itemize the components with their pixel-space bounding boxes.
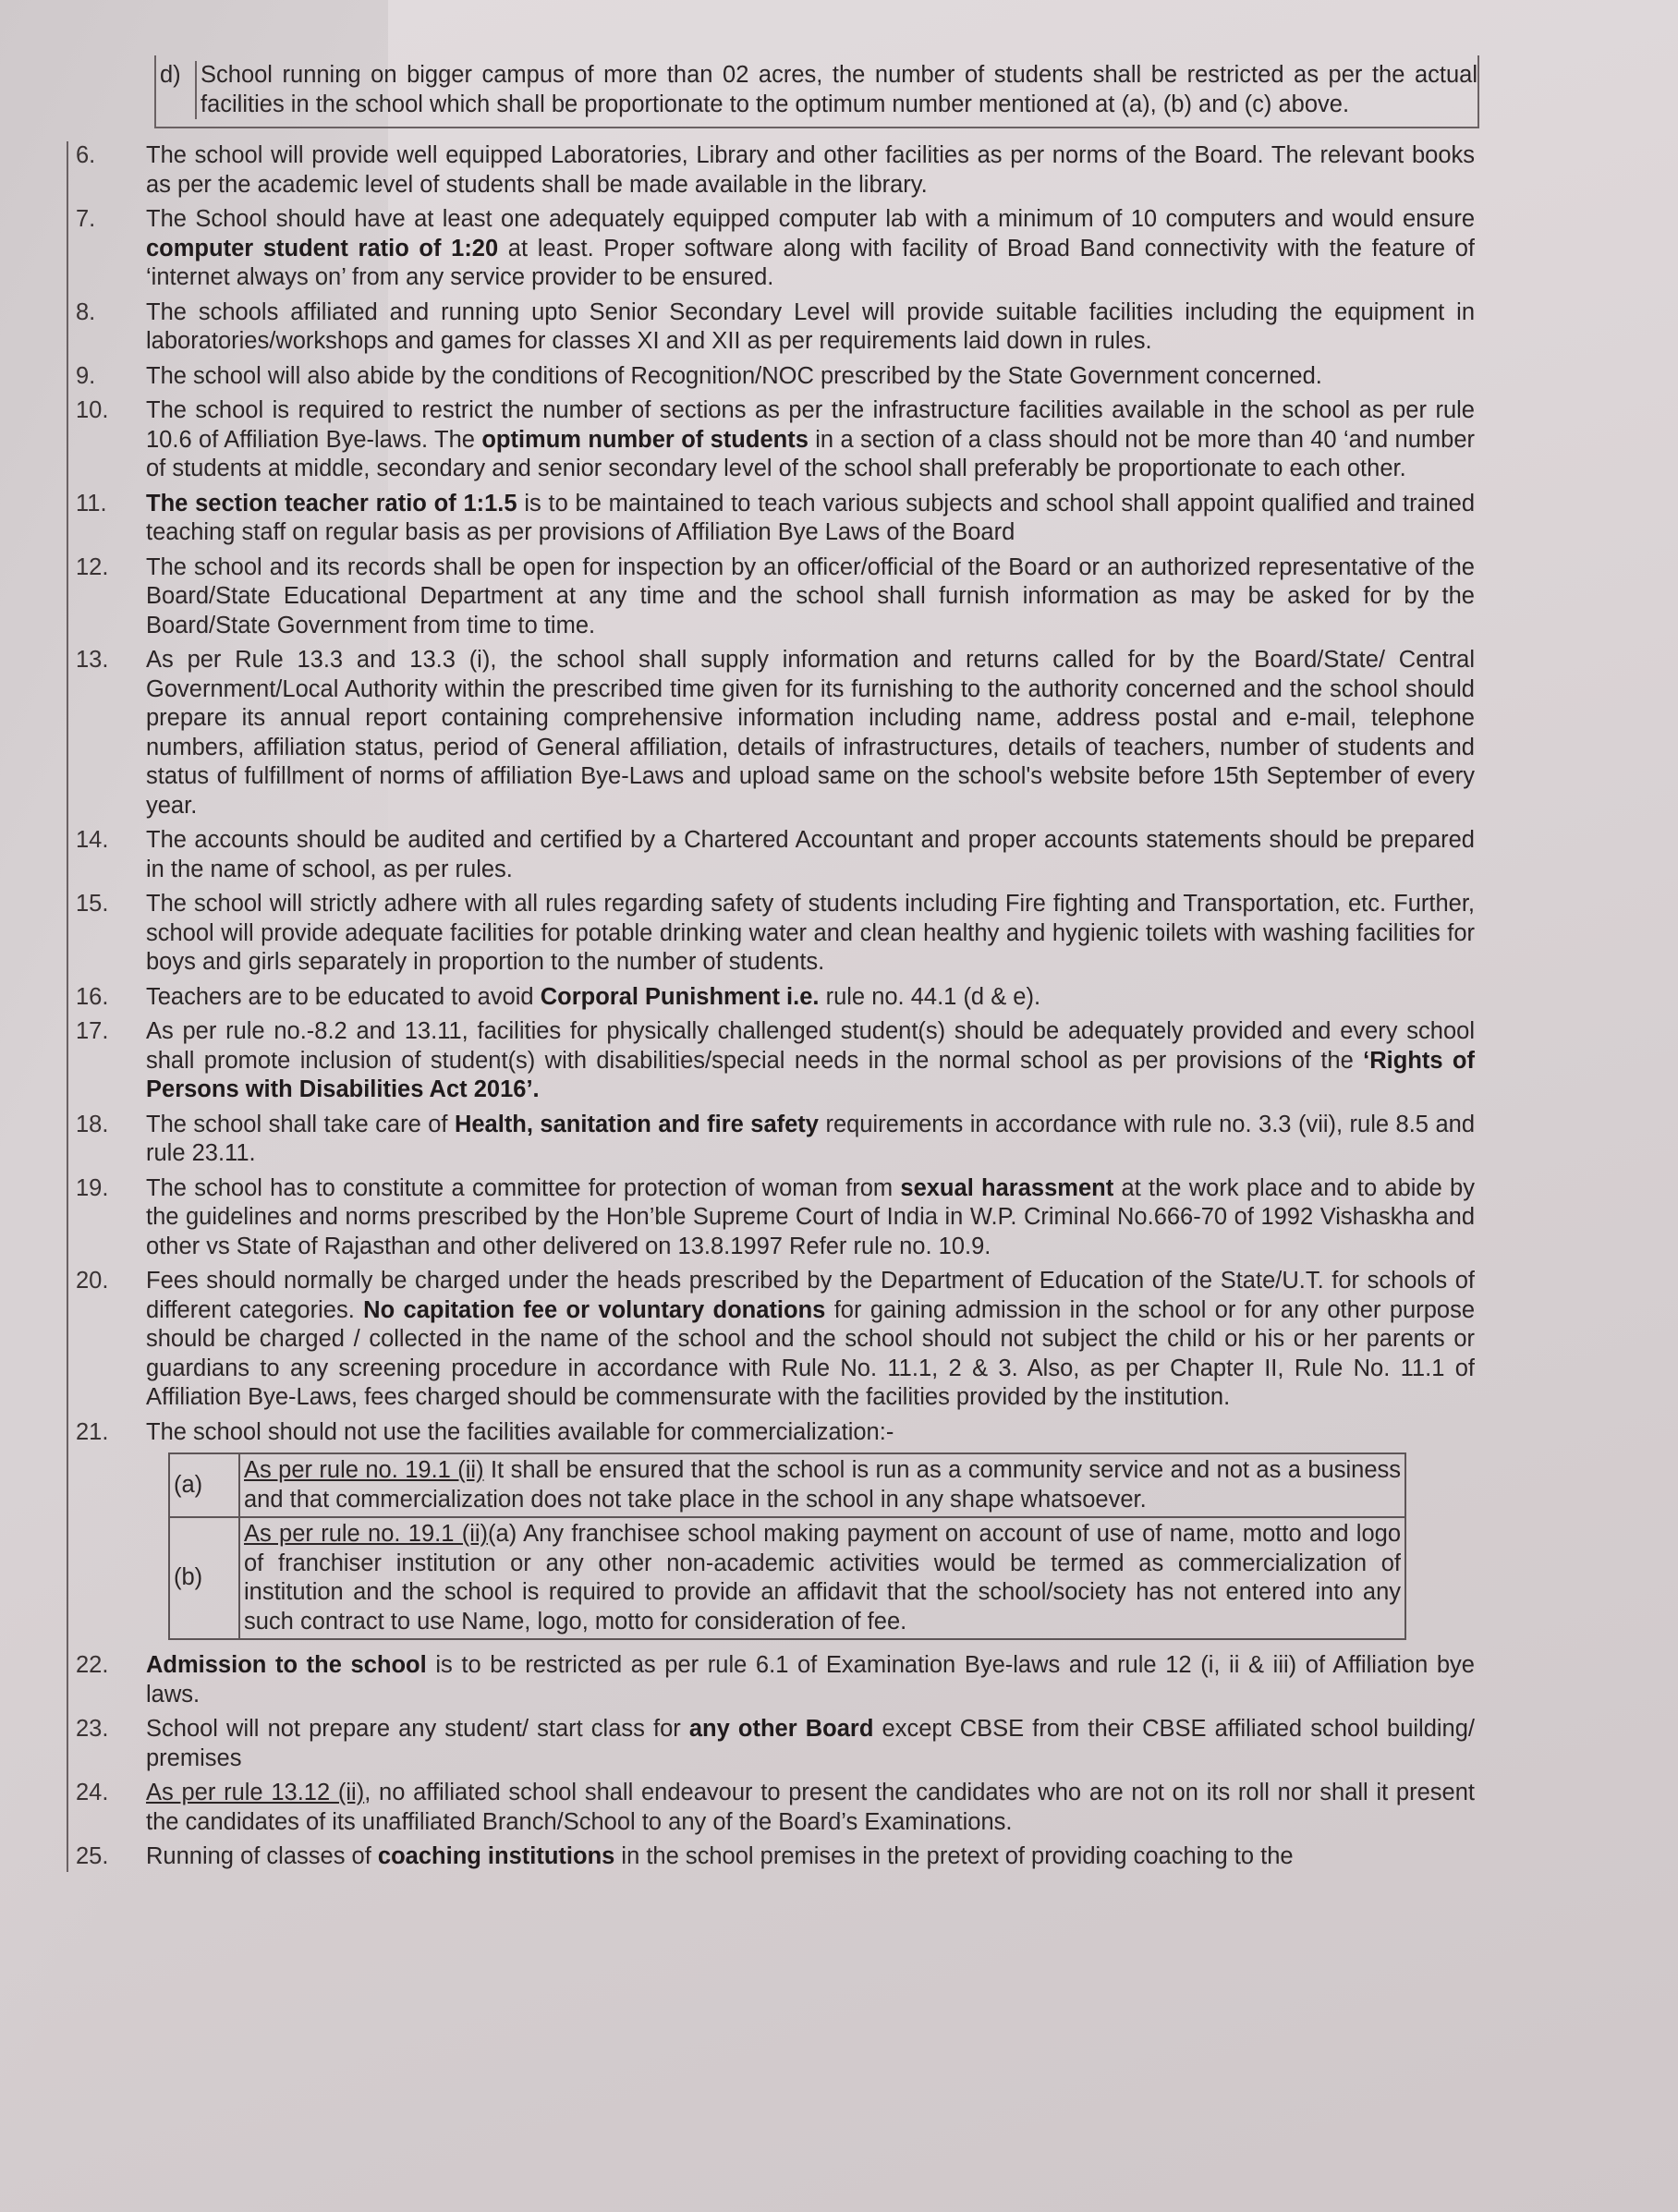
condition-text: The School should have at least one adeq… [146,205,1480,293]
bold-emphasis: Health, sanitation and fire safety [455,1112,819,1137]
condition-text: As per Rule 13.3 and 13.3 (i), the schoo… [146,646,1480,820]
condition-item: 15.The school will strictly adhere with … [68,890,1480,978]
bold-emphasis: computer student ratio of 1:20 [146,236,498,261]
condition-text: Admission to the school is to be restric… [146,1651,1480,1709]
condition-number: 18. [68,1111,146,1169]
condition-item: 23.School will not prepare any student/ … [68,1715,1480,1773]
clause-d-label: d) [156,61,197,119]
condition-number: 22. [68,1651,146,1709]
text-run: The schools affiliated and running upto … [146,299,1475,355]
commercialization-subtable: (a)As per rule no. 19.1 (ii) It shall be… [168,1452,1406,1640]
condition-text: Running of classes of coaching instituti… [146,1842,1480,1872]
underlined-rule-ref: As per rule 13.12 (ii) [146,1780,364,1805]
subclause-label: (b) [169,1517,239,1639]
condition-item: 22.Admission to the school is to be rest… [68,1651,1480,1709]
text-run: rule no. 44.1 (d & e). [820,984,1041,1010]
clause-d-text: School running on bigger campus of more … [197,61,1477,119]
condition-number: 6. [68,141,146,200]
bold-emphasis: coaching institutions [378,1843,614,1869]
condition-item: 11.The section teacher ratio of 1:1.5 is… [68,490,1480,548]
condition-item: 25.Running of classes of coaching instit… [68,1842,1480,1872]
underlined-rule-ref: As per rule no. 19.1 (ii) [244,1457,484,1483]
text-run: The school shall take care of [146,1112,455,1137]
condition-text: The accounts should be audited and certi… [146,826,1480,884]
text-run: School will not prepare any student/ sta… [146,1716,689,1742]
bold-emphasis: The section teacher ratio of 1:1.5 [146,491,517,517]
underlined-rule-ref: As per rule no. 19.1 (ii) [244,1521,488,1547]
subclause-label: (a) [169,1453,239,1517]
condition-text: As per rule no.-8.2 and 13.11, facilitie… [146,1017,1480,1105]
text-run: As per Rule 13.3 and 13.3 (i), the schoo… [146,647,1475,819]
text-run: The school will strictly adhere with all… [146,891,1475,975]
subclause-text: As per rule no. 19.1 (ii)(a) Any franchi… [239,1517,1405,1639]
condition-text: The school will strictly adhere with all… [146,890,1480,978]
condition-text: The section teacher ratio of 1:1.5 is to… [146,490,1480,548]
condition-item: 21.The school should not use the facilit… [68,1418,1480,1448]
condition-item: 14.The accounts should be audited and ce… [68,826,1480,884]
text-run: The school should not use the facilities… [146,1419,894,1445]
condition-text: The school will also abide by the condit… [146,362,1480,392]
condition-item: 13.As per Rule 13.3 and 13.3 (i), the sc… [68,646,1480,820]
condition-text: The school should not use the facilities… [146,1418,1480,1448]
document-page: d) School running on bigger campus of mo… [67,55,1480,1878]
condition-item: 24.As per rule 13.12 (ii), no affiliated… [68,1779,1480,1837]
condition-number: 11. [68,490,146,548]
text-run: The school has to constitute a committee… [146,1175,900,1201]
subtable-row: (b)As per rule no. 19.1 (ii)(a) Any fran… [169,1517,1405,1639]
condition-item: 20.Fees should normally be charged under… [68,1267,1480,1413]
condition-number: 10. [68,396,146,484]
text-run: The school will provide well equipped La… [146,142,1475,198]
condition-text: Fees should normally be charged under th… [146,1267,1480,1413]
bold-emphasis: No capitation fee or voluntary donations [363,1297,825,1323]
subclause-text: As per rule no. 19.1 (ii) It shall be en… [239,1453,1405,1517]
bold-emphasis: optimum number of students [481,427,809,453]
condition-number: 20. [68,1267,146,1413]
condition-number: 15. [68,890,146,978]
bold-emphasis: any other Board [689,1716,874,1742]
condition-number: 12. [68,553,146,641]
text-run: The school will also abide by the condit… [146,363,1322,389]
condition-number: 8. [68,298,146,357]
condition-number: 14. [68,826,146,884]
text-run: The school and its records shall be open… [146,554,1475,638]
condition-text: The school has to constitute a committee… [146,1174,1480,1262]
condition-item: 16.Teachers are to be educated to avoid … [68,983,1480,1013]
subtable-row: (a)As per rule no. 19.1 (ii) It shall be… [169,1453,1405,1517]
condition-text: Teachers are to be educated to avoid Cor… [146,983,1480,1013]
condition-number: 17. [68,1017,146,1105]
condition-item: 6.The school will provide well equipped … [68,141,1480,200]
condition-number: 16. [68,983,146,1013]
text-run: The accounts should be audited and certi… [146,827,1475,882]
condition-item: 9.The school will also abide by the cond… [68,362,1480,392]
condition-text: School will not prepare any student/ sta… [146,1715,1480,1773]
condition-number: 9. [68,362,146,392]
condition-text: The school shall take care of Health, sa… [146,1111,1480,1169]
condition-text: The school and its records shall be open… [146,553,1480,641]
clause-d-box: d) School running on bigger campus of mo… [154,55,1479,128]
condition-text: The school is required to restrict the n… [146,396,1480,484]
text-run: Teachers are to be educated to avoid [146,984,541,1010]
condition-number: 7. [68,205,146,293]
condition-item: 19.The school has to constitute a commit… [68,1174,1480,1262]
condition-number: 25. [68,1842,146,1872]
condition-item: 8.The schools affiliated and running upt… [68,298,1480,357]
bold-emphasis: Admission to the school [146,1652,427,1678]
text-run: Running of classes of [146,1843,378,1869]
condition-text: As per rule 13.12 (ii), no affiliated sc… [146,1779,1480,1837]
condition-item: 7.The School should have at least one ad… [68,205,1480,293]
condition-text: The school will provide well equipped La… [146,141,1480,200]
text-run: in the school premises in the pretext of… [614,1843,1293,1869]
condition-number: 19. [68,1174,146,1262]
condition-number: 13. [68,646,146,820]
condition-item: 12.The school and its records shall be o… [68,553,1480,641]
condition-item: 18.The school shall take care of Health,… [68,1111,1480,1169]
condition-item: 10.The school is required to restrict th… [68,396,1480,484]
text-run: The School should have at least one adeq… [146,206,1475,232]
condition-number: 21. [68,1418,146,1448]
text-run: As per rule no.-8.2 and 13.11, facilitie… [146,1018,1475,1074]
numbered-conditions-list: 6.The school will provide well equipped … [67,141,1480,1872]
condition-text: The schools affiliated and running upto … [146,298,1480,357]
condition-number: 23. [68,1715,146,1773]
condition-number: 24. [68,1779,146,1837]
bold-emphasis: Corporal Punishment i.e. [541,984,820,1010]
bold-emphasis: sexual harassment [900,1175,1113,1201]
condition-item: 17.As per rule no.-8.2 and 13.11, facili… [68,1017,1480,1105]
